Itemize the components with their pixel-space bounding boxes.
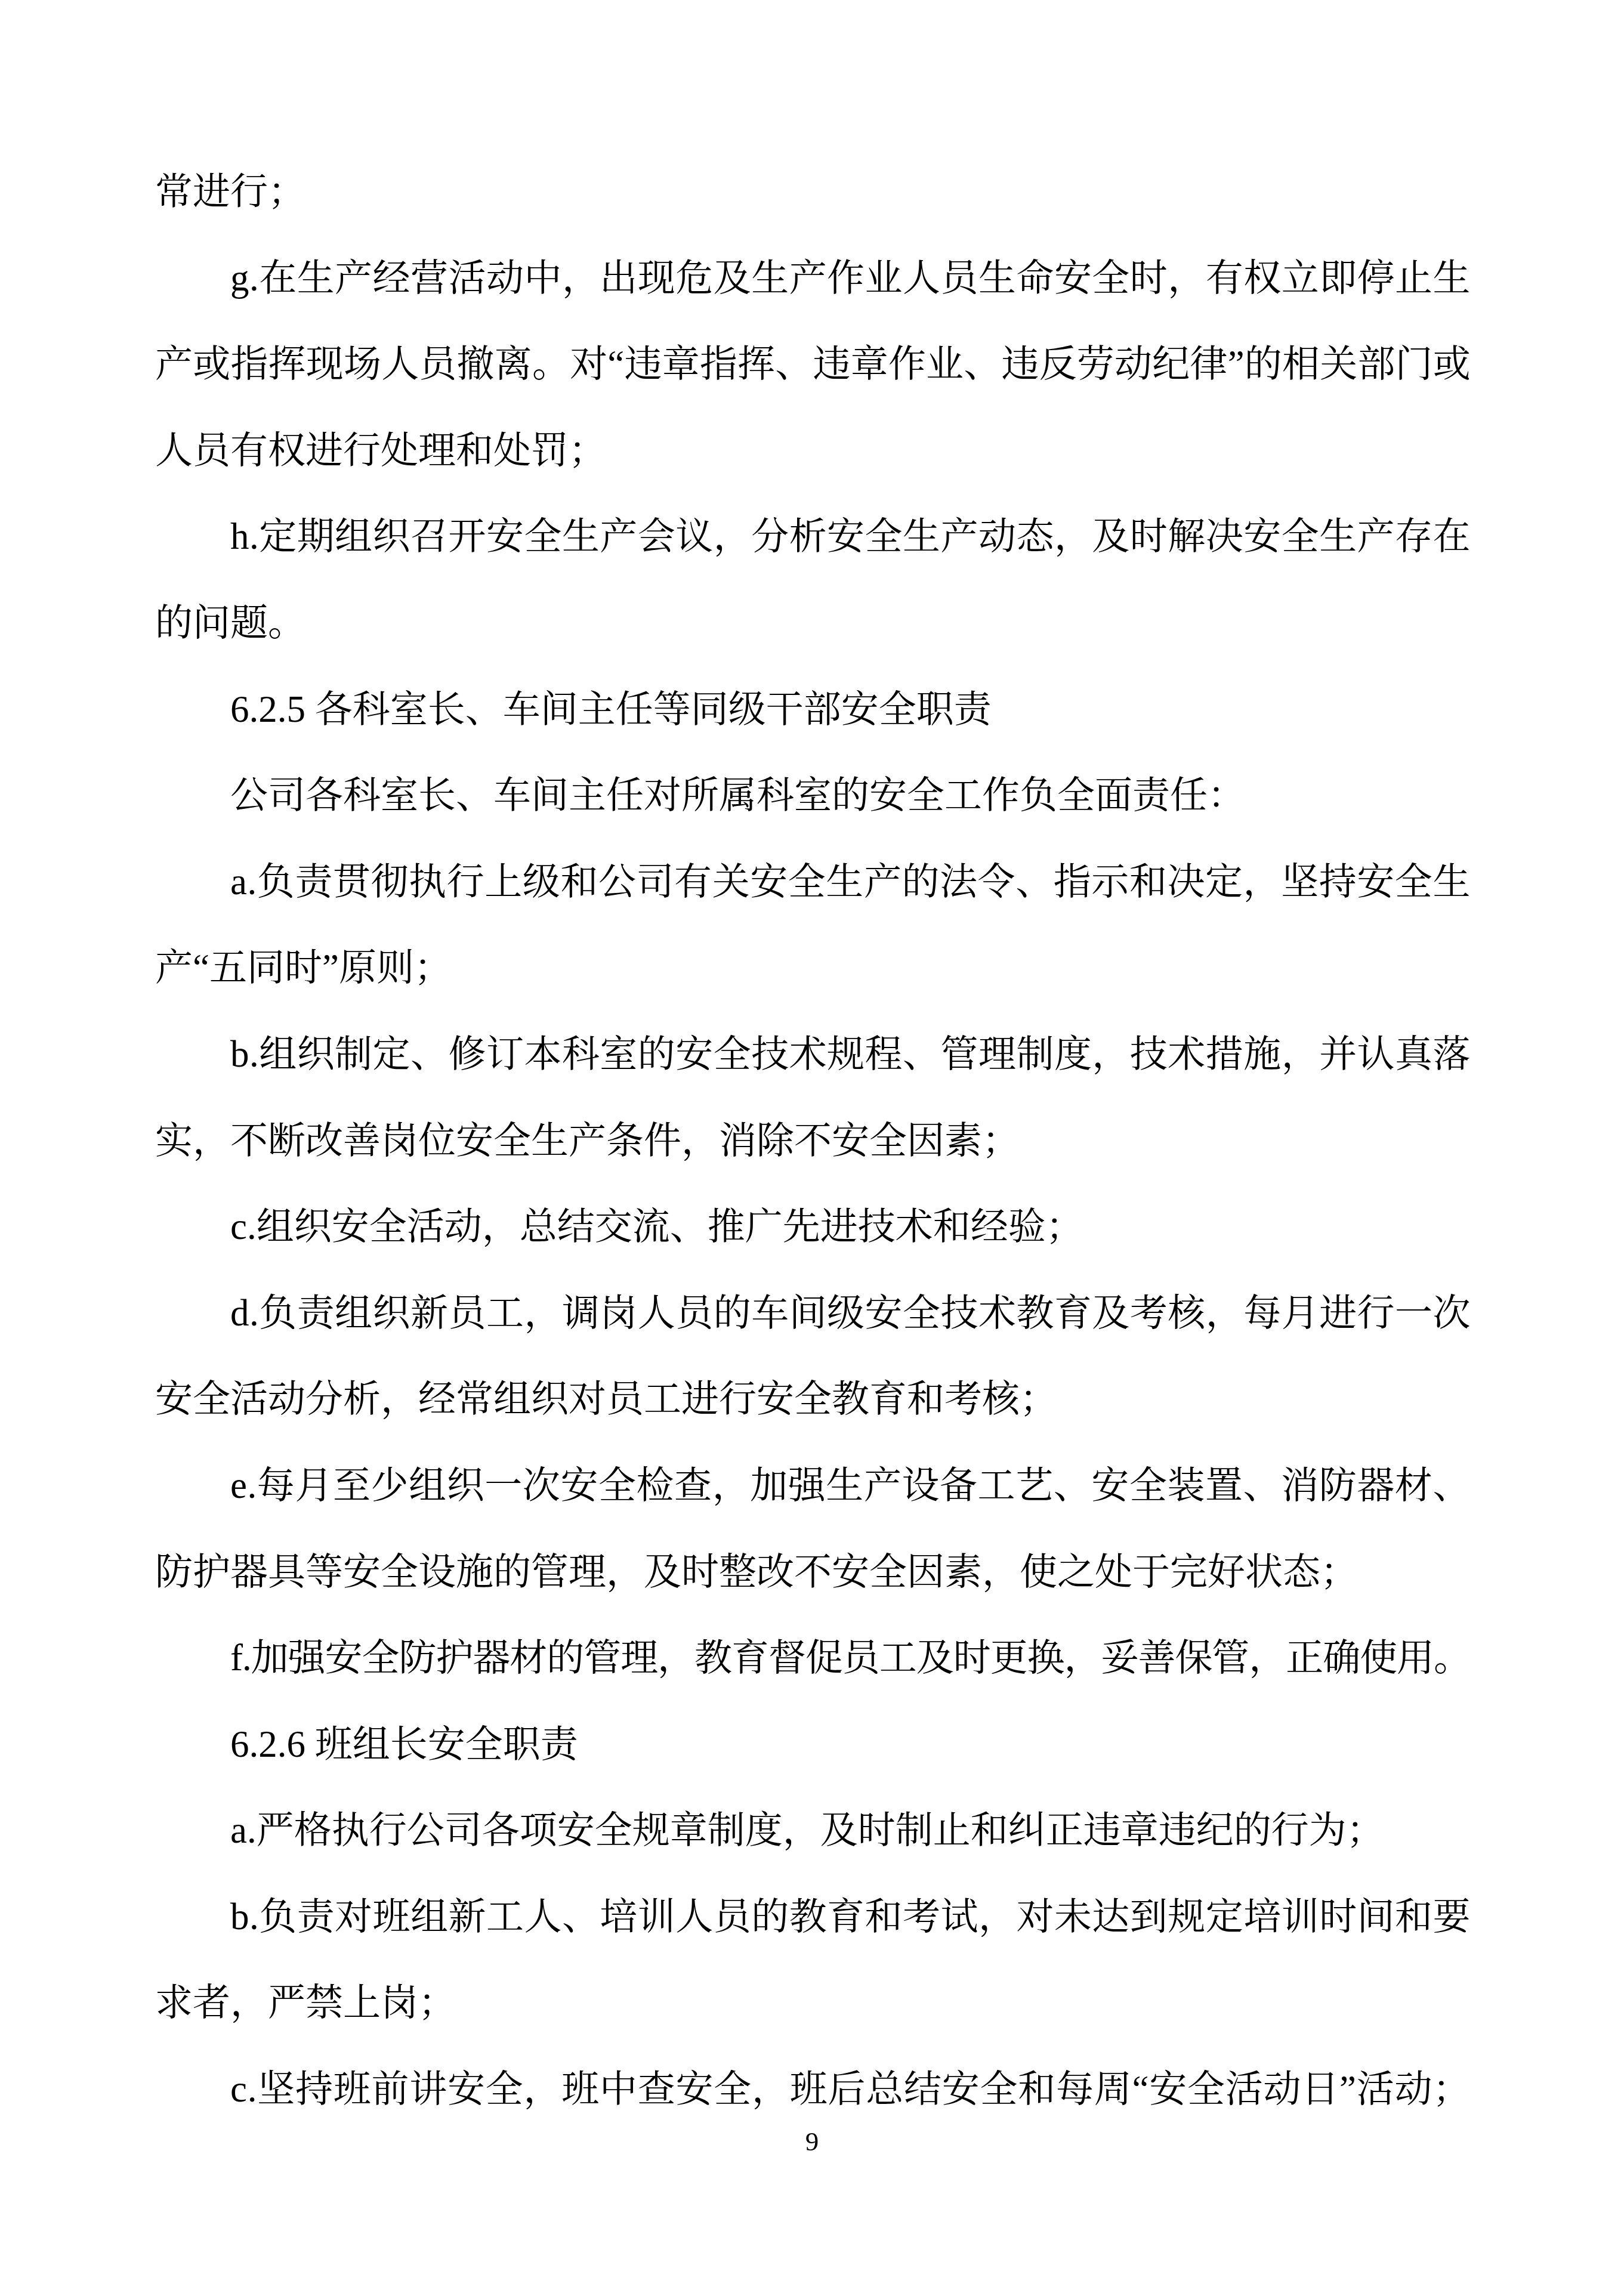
text-line: 求者，严禁上岗； <box>155 1960 1471 2046</box>
text-line: 公司各科室长、车间主任对所属科室的安全工作负全面责任： <box>155 752 1471 839</box>
page-number: 9 <box>0 2128 1624 2155</box>
text-line-content: 的问题。 <box>155 602 305 644</box>
text-line-content: 人员有权进行处理和处罚； <box>155 429 606 471</box>
text-line: 人员有权进行处理和处罚； <box>155 407 1471 494</box>
text-line-content: 实，不断改善岗位安全生产条件，消除不安全因素； <box>155 1120 1020 1161</box>
text-line-content: g.在生产经营活动中，出现危及生产作业人员生命安全时，有权立即停止生 <box>230 257 1471 299</box>
text-line-content: 产“五同时”原则； <box>155 947 452 988</box>
text-line: b.负责对班组新工人、培训人员的教育和考试，对未达到规定培训时间和要 <box>155 1874 1471 1960</box>
text-line-content: a.负责贯彻执行上级和公司有关安全生产的法令、指示和决定，坚持安全生 <box>230 861 1471 903</box>
text-line-content: 6.2.5 各科室长、车间主任等同级干部安全职责 <box>230 688 992 730</box>
text-line-content: 安全活动分析，经常组织对员工进行安全教育和考核； <box>155 1378 1057 1420</box>
text-line-content: f.加强安全防护器材的管理，教育督促员工及时更换，妥善保管，正确使用。 <box>230 1637 1471 1679</box>
text-line: c.坚持班前讲安全，班中查安全，班后总结安全和每周“安全活动日”活动； <box>155 2046 1471 2133</box>
section-heading: 6.2.6 班组长安全职责 <box>155 1701 1471 1788</box>
text-line-content: 常进行； <box>155 171 305 212</box>
text-line: 安全活动分析，经常组织对员工进行安全教育和考核； <box>155 1356 1471 1442</box>
text-line-content: b.负责对班组新工人、培训人员的教育和考试，对未达到规定培训时间和要 <box>230 1896 1471 1937</box>
text-line: f.加强安全防护器材的管理，教育督促员工及时更换，妥善保管，正确使用。 <box>155 1615 1471 1701</box>
text-line: g.在生产经营活动中，出现危及生产作业人员生命安全时，有权立即停止生 <box>155 235 1471 322</box>
text-line: b.组织制定、修订本科室的安全技术规程、管理制度，技术措施，并认真落 <box>155 1011 1471 1098</box>
text-line: 实，不断改善岗位安全生产条件，消除不安全因素； <box>155 1098 1471 1184</box>
text-line: 防护器具等安全设施的管理，及时整改不安全因素，使之处于完好状态； <box>155 1529 1471 1615</box>
text-line: 常进行； <box>155 149 1471 235</box>
text-line: c.组织安全活动，总结交流、推广先进技术和经验； <box>155 1183 1471 1270</box>
text-line-content: e.每月至少组织一次安全检查，加强生产设备工艺、安全装置、消防器材、 <box>230 1464 1471 1506</box>
text-line: 的问题。 <box>155 580 1471 666</box>
document-page: 常进行；g.在生产经营活动中，出现危及生产作业人员生命安全时，有权立即停止生产或… <box>0 0 1624 2296</box>
text-line-content: 公司各科室长、车间主任对所属科室的安全工作负全面责任： <box>230 774 1245 816</box>
text-line: e.每月至少组织一次安全检查，加强生产设备工艺、安全装置、消防器材、 <box>155 1442 1471 1529</box>
text-line-content: 产或指挥现场人员撤离。对“违章指挥、违章作业、违反劳动纪律”的相关部门或 <box>155 343 1471 385</box>
text-line: a.严格执行公司各项安全规章制度，及时制止和纠正违章违纪的行为； <box>155 1787 1471 1874</box>
text-line-content: 6.2.6 班组长安全职责 <box>230 1723 578 1765</box>
text-line-content: h.定期组织召开安全生产会议，分析安全生产动态，及时解决安全生产存在 <box>230 515 1471 557</box>
text-line: 产“五同时”原则； <box>155 925 1471 1011</box>
text-line-content: 防护器具等安全设施的管理，及时整改不安全因素，使之处于完好状态； <box>155 1551 1358 1593</box>
text-line-content: c.组织安全活动，总结交流、推广先进技术和经验； <box>230 1206 1083 1247</box>
text-line-content: c.坚持班前讲安全，班中查安全，班后总结安全和每周“安全活动日”活动； <box>230 2068 1471 2110</box>
text-line: a.负责贯彻执行上级和公司有关安全生产的法令、指示和决定，坚持安全生 <box>155 839 1471 925</box>
text-line-content: b.组织制定、修订本科室的安全技术规程、管理制度，技术措施，并认真落 <box>230 1033 1471 1075</box>
text-line-content: a.严格执行公司各项安全规章制度，及时制止和纠正违章违纪的行为； <box>230 1809 1384 1851</box>
text-line: 产或指挥现场人员撤离。对“违章指挥、违章作业、违反劳动纪律”的相关部门或 <box>155 321 1471 407</box>
text-line: d.负责组织新员工，调岗人员的车间级安全技术教育及考核，每月进行一次 <box>155 1270 1471 1356</box>
text-line-content: d.负责组织新员工，调岗人员的车间级安全技术教育及考核，每月进行一次 <box>230 1292 1471 1334</box>
body-text: 常进行；g.在生产经营活动中，出现危及生产作业人员生命安全时，有权立即停止生产或… <box>155 149 1471 2133</box>
text-line: h.定期组织召开安全生产会议，分析安全生产动态，及时解决安全生产存在 <box>155 493 1471 580</box>
text-line-content: 求者，严禁上岗； <box>155 1982 456 2023</box>
section-heading: 6.2.5 各科室长、车间主任等同级干部安全职责 <box>155 666 1471 753</box>
